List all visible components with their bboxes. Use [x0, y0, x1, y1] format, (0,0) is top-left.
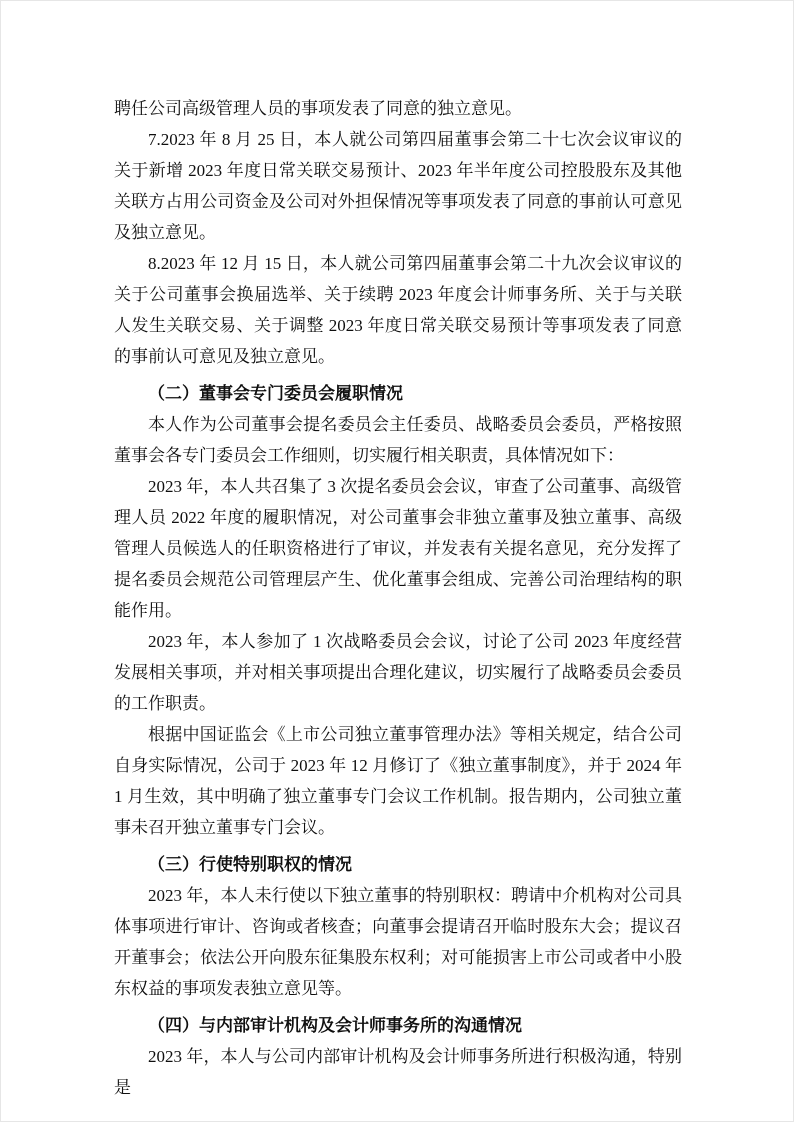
paragraph-strategy-committee: 2023 年，本人参加了 1 次战略委员会会议，讨论了公司 2023 年度经营发…: [114, 626, 682, 719]
section-heading-2-committee-performance: （二）董事会专门委员会履职情况: [114, 378, 682, 409]
paragraph-audit-communication: 2023 年，本人与公司内部审计机构及会计师事务所进行积极沟通，特别是: [114, 1041, 682, 1103]
paragraph-continuation: 聘任公司高级管理人员的事项发表了同意的独立意见。: [114, 93, 682, 124]
document-page: 聘任公司高级管理人员的事项发表了同意的独立意见。 7.2023 年 8 月 25…: [0, 0, 794, 1122]
section-heading-3-special-powers: （三）行使特别职权的情况: [114, 849, 682, 880]
paragraph-item-7: 7.2023 年 8 月 25 日，本人就公司第四届董事会第二十七次会议审议的关…: [114, 124, 682, 248]
paragraph-independent-director-system: 根据中国证监会《上市公司独立董事管理办法》等相关规定，结合公司自身实际情况，公司…: [114, 719, 682, 843]
paragraph-special-powers: 2023 年，本人未行使以下独立董事的特别职权：聘请中介机构对公司具体事项进行审…: [114, 880, 682, 1004]
paragraph-item-8: 8.2023 年 12 月 15 日，本人就公司第四届董事会第二十九次会议审议的…: [114, 248, 682, 372]
document-body: 聘任公司高级管理人员的事项发表了同意的独立意见。 7.2023 年 8 月 25…: [114, 93, 682, 1103]
paragraph-nomination-committee: 2023 年，本人共召集了 3 次提名委员会会议，审查了公司董事、高级管理人员 …: [114, 471, 682, 626]
paragraph-committee-roles: 本人作为公司董事会提名委员会主任委员、战略委员会委员，严格按照董事会各专门委员会…: [114, 409, 682, 471]
section-heading-4-audit-communication: （四）与内部审计机构及会计师事务所的沟通情况: [114, 1010, 682, 1041]
